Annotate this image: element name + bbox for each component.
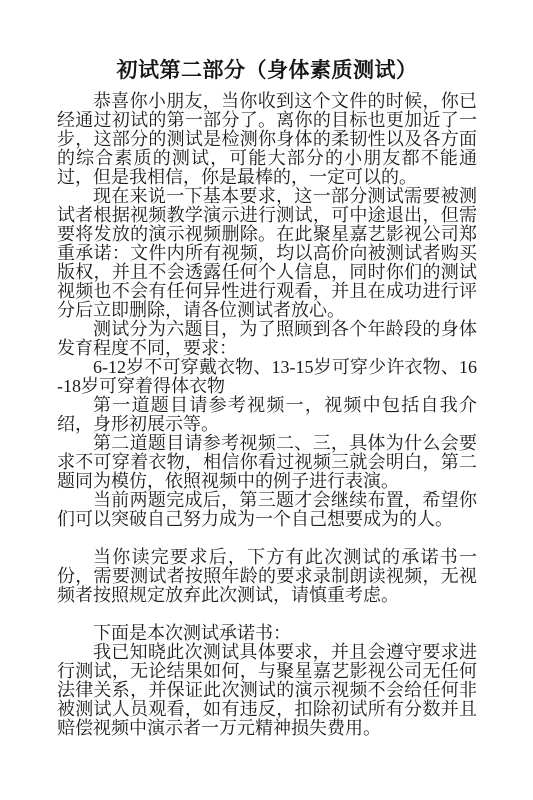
paragraph-commitment-notice: 当你读完要求后，下方有此次测试的承诺书一份，需要测试者按照年龄的要求录制朗读视频… <box>57 548 477 605</box>
paragraph-question-three: 当前两题完成后，第三题才会继续布置，希望你们可以突破自己努力成为一个自己想要成为… <box>57 491 477 529</box>
paragraph-six-questions: 测试分为六题目，为了照顾到各个年龄段的身体发育程度不同，要求： <box>57 320 477 358</box>
paragraph-commitment-heading: 下面是本次测试承诺书： <box>57 624 477 643</box>
blank-line <box>57 529 477 548</box>
paragraph-commitment-body: 我已知晓此次测试具体要求，并且会遵守要求进行测试，无论结果如何，与聚星嘉艺影视公… <box>57 643 477 738</box>
paragraph-intro: 恭喜你小朋友，当你收到这个文件的时候，你已经通过初试的第一部分了。离你的目标也更… <box>57 92 477 187</box>
document-title: 初试第二部分（身体素质测试） <box>57 57 477 84</box>
blank-line <box>57 605 477 624</box>
paragraph-basic-requirements: 现在来说一下基本要求，这一部分测试需要被测试者根据视频教学演示进行测试，可中途退… <box>57 187 477 320</box>
paragraph-question-two: 第二道题目请参考视频二、三，具体为什么会要求不可穿着衣物，相信你看过视频三就会明… <box>57 434 477 491</box>
paragraph-age-rules: 6-12岁不可穿戴衣物、13-15岁可穿少许衣物、16-18岁可穿着得体衣物 <box>57 358 477 396</box>
document-page: 初试第二部分（身体素质测试） 恭喜你小朋友，当你收到这个文件的时候，你已经通过初… <box>0 0 533 800</box>
paragraph-question-one: 第一道题目请参考视频一，视频中包括自我介绍，身形初展示等。 <box>57 396 477 434</box>
